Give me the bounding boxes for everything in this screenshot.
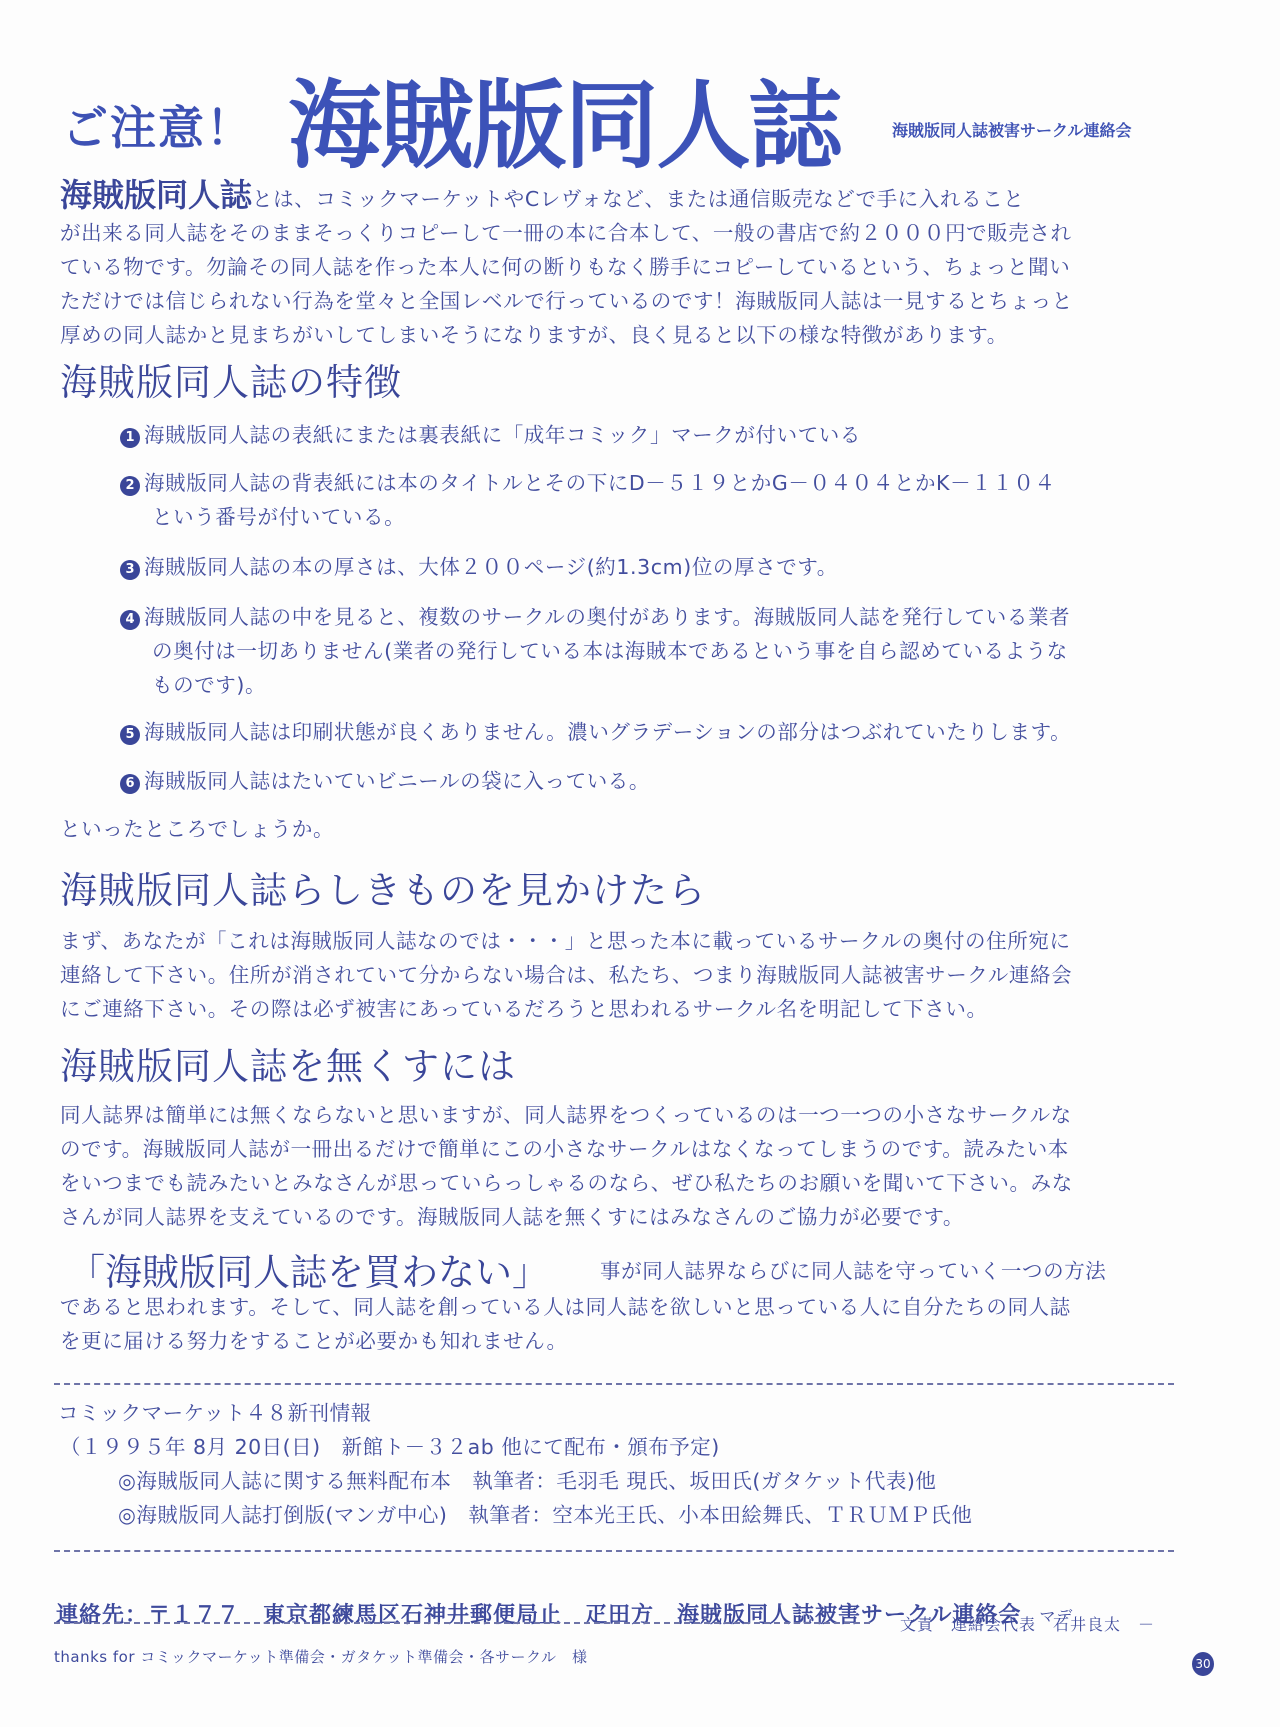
caution-label: ご注意！ [62,92,254,158]
paragraph-line: であると思われます。そして、同人誌を創っている人は同人誌を欲しいと思っている人に… [60,1290,1170,1324]
number-badge: 1 [120,428,140,448]
author-credit: 文責 連絡会代表 石井良太 － [900,1612,1155,1635]
paragraph-line: 同人誌界は簡単には無くならないと思いますが、同人誌界をつくっているのは一つ一つの… [60,1098,1170,1132]
paragraph-line: 事が同人誌界ならびに同人誌を守っていく一つの方法 [600,1254,1160,1288]
feature-item-1: 1海賊版同人誌の表紙にまたは裏表紙に「成年コミック」マークが付いている [120,418,861,452]
paragraph-line: まず、あなたが「これは海賊版同人誌なのでは・・・」と思った本に載っているサークル… [60,924,1170,958]
news-item: ◎海賊版同人誌に関する無料配布本 執筆者：毛羽毛 現氏、坂田氏(ガタケット代表)… [118,1466,936,1496]
dont-buy-slogan: 「海賊版同人誌を買わない」 [68,1242,549,1296]
feature-item-2: 2海賊版同人誌の背表紙には本のタイトルとその下にD－５１９とかG－０４０４とかK… [120,466,1056,534]
feature-text: 海賊版同人誌の表紙にまたは裏表紙に「成年コミック」マークが付いている [144,423,861,447]
intro-lead: 海賊版同人誌 [60,176,252,214]
paragraph-line: をいつまでも読みたいとみなさんが思っていらっしゃるのなら、ぜひ私たちのお願いを聞… [60,1166,1170,1200]
feature-text: という番号が付いている。 [120,500,1056,534]
dont-buy-paragraph: であると思われます。そして、同人誌を創っている人は同人誌を欲しいと思っている人に… [60,1290,1170,1358]
feature-item-6: 6海賊版同人誌はたいていビニールの袋に入っている。 [120,764,650,798]
paragraph-line: にご連絡下さい。その際は必ず被害にあっているだろうと思われるサークル名を明記して… [60,992,1170,1026]
number-badge: 2 [120,476,140,496]
paragraph-line: 連絡して下さい。住所が消されていて分からない場合は、私たち、つまり海賊版同人誌被… [60,958,1170,992]
paragraph-line: を更に届ける努力をすることが必要かも知れません。 [60,1324,1170,1358]
if-found-heading: 海賊版同人誌らしきものを見かけたら [60,860,706,914]
thanks-line: thanks for コミックマーケット準備会・ガタケット準備会・各サークル 様 [54,1646,588,1667]
news-date: （１９９５年 8月 20日(日) 新館ト－３２ab 他にて配布・頒布予定) [60,1432,720,1462]
number-badge: 4 [120,610,140,630]
divider [54,1622,870,1624]
intro-line: 厚めの同人誌かと見まちがいしてしまいそうになりますが、良く見ると以下の様な特徴が… [60,318,1170,352]
feature-text: 海賊版同人誌の背表紙には本のタイトルとその下にD－５１９とかG－０４０４とかK－… [144,471,1056,495]
eliminate-paragraph: 同人誌界は簡単には無くならないと思いますが、同人誌界をつくっているのは一つ一つの… [60,1098,1170,1234]
intro-line: ただけでは信じられない行為を堂々と全国レベルで行っているのです！海賊版同人誌は一… [60,284,1170,318]
feature-text: 海賊版同人誌はたいていビニールの袋に入っている。 [144,769,650,793]
closing-text: といったところでしょうか。 [60,812,1170,846]
news-title: コミックマーケット４８新刊情報 [58,1398,372,1428]
intro-line: が出来る同人誌をそのままそっくりコピーして一冊の本に合本して、一般の書店で約２０… [60,216,1170,250]
feature-text: ものです)。 [120,668,1070,702]
feature-item-5: 5海賊版同人誌は印刷状態が良くありません。濃いグラデーションの部分はつぶれていた… [120,715,1071,749]
dont-buy-line: 事が同人誌界ならびに同人誌を守っていく一つの方法 [600,1254,1160,1288]
divider [54,1550,1174,1552]
feature-text: 海賊版同人誌は印刷状態が良くありません。濃いグラデーションの部分はつぶれていたり… [144,720,1071,744]
organization-name: 海賊版同人誌被害サークル連絡会 [892,118,1132,141]
feature-item-4: 4海賊版同人誌の中を見ると、複数のサークルの奥付があります。海賊版同人誌を発行し… [120,600,1070,702]
divider [54,1383,1174,1385]
number-badge: 3 [120,560,140,580]
features-heading: 海賊版同人誌の特徴 [60,352,402,406]
intro-paragraph: 海賊版同人誌とは、コミックマーケットやCレヴォなど、または通信販売などで手に入れ… [60,178,1170,352]
page-number-badge: 30 [1192,1652,1214,1676]
intro-line: 海賊版同人誌とは、コミックマーケットやCレヴォなど、または通信販売などで手に入れ… [60,178,1170,216]
intro-line: ている物です。勿論その同人誌を作った本人に何の断りもなく勝手にコピーしているとい… [60,250,1170,284]
news-item: ◎海賊版同人誌打倒版(マンガ中心) 執筆者：空本光王氏、小本田絵舞氏、ＴＲＵＭＰ… [118,1500,972,1530]
feature-text: 海賊版同人誌の中を見ると、複数のサークルの奥付があります。海賊版同人誌を発行して… [144,605,1070,629]
feature-text: の奥付は一切ありません(業者の発行している本は海賊本であるという事を自ら認めてい… [120,634,1070,668]
number-badge: 5 [120,725,140,745]
features-closing: といったところでしょうか。 [60,812,1170,846]
eliminate-heading: 海賊版同人誌を無くすには [60,1036,516,1090]
contact-text: 連絡先：〒１７７ 東京都練馬区石神井郵便局止 疋田方 海賊版同人誌被害サークル連… [56,1603,1021,1628]
paragraph-line: のです。海賊版同人誌が一冊出るだけで簡単にこの小さなサークルはなくなってしまうの… [60,1132,1170,1166]
feature-text: 海賊版同人誌の本の厚さは、大体２００ページ(約1.3cm)位の厚さです。 [144,555,838,579]
page-title: 海賊版同人誌 [288,50,841,187]
document-page: ご注意！ 海賊版同人誌 海賊版同人誌被害サークル連絡会 海賊版同人誌とは、コミッ… [0,0,1280,1727]
paragraph-line: さんが同人誌界を支えているのです。海賊版同人誌を無くすにはみなさんのご協力が必要… [60,1200,1170,1234]
feature-item-3: 3海賊版同人誌の本の厚さは、大体２００ページ(約1.3cm)位の厚さです。 [120,550,838,584]
if-found-paragraph: まず、あなたが「これは海賊版同人誌なのでは・・・」と思った本に載っているサークル… [60,924,1170,1026]
number-badge: 6 [120,774,140,794]
intro-text: とは、コミックマーケットやCレヴォなど、または通信販売などで手に入れること [252,187,1024,211]
